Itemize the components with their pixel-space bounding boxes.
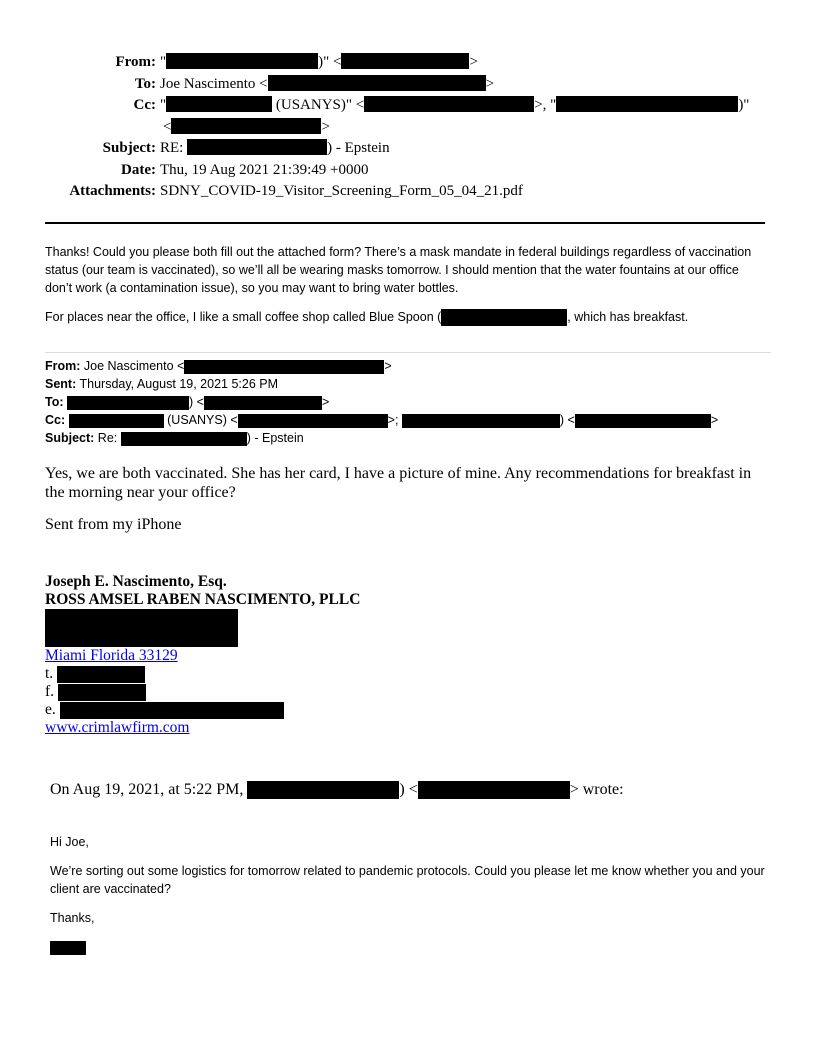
email-row: e. [45, 701, 360, 719]
redaction [45, 609, 238, 647]
cc-cont-prefix: < [163, 119, 171, 135]
signature-block: Joseph E. Nascimento, Esq. ROSS AMSEL RA… [45, 573, 360, 737]
header-subject-row: Subject: RE: ) - Epstein [0, 138, 816, 160]
signature-name: Joseph E. Nascimento, Esq. [45, 573, 360, 591]
header-divider [45, 222, 765, 224]
redaction [187, 139, 327, 155]
cc-separator: >, " [534, 97, 556, 113]
city-row: Miami Florida 33129 [45, 647, 360, 665]
quoted-paragraph: We’re sorting out some logistics for tom… [50, 862, 765, 898]
fwd-sent-row: Sent: Thursday, August 19, 2021 5:26 PM [45, 375, 775, 393]
redaction [247, 781, 399, 799]
redaction [238, 414, 388, 428]
fwd-from-row: From: Joe Nascimento <> [45, 357, 775, 375]
paragraph-prefix: For places near the office, I like a sma… [45, 310, 441, 324]
redaction [364, 96, 534, 112]
attachments-label: Attachments: [0, 181, 160, 203]
forward-separator [45, 352, 771, 353]
quoted-intro-suffix: > wrote: [570, 781, 624, 798]
quoted-sender-row [50, 938, 765, 956]
fax-prefix: f. [45, 683, 54, 701]
redaction [58, 684, 146, 701]
to-suffix: > [486, 76, 494, 92]
redaction [69, 414, 164, 428]
redaction [121, 432, 247, 446]
message-paragraph: For places near the office, I like a sma… [45, 308, 765, 326]
paragraph-suffix: , which has breakfast. [567, 310, 688, 324]
redaction [441, 309, 567, 326]
fwd-cc-row: Cc: (USANYS) <>; ) <> [45, 411, 775, 429]
date-label: Date: [0, 160, 160, 182]
from-mid: )" < [318, 54, 341, 70]
fax-row: f. [45, 683, 360, 701]
email-prefix: e. [45, 701, 56, 719]
phone-row: t. [45, 665, 360, 683]
redaction [204, 396, 322, 410]
fwd-to-row: To: ) <> [45, 393, 775, 411]
header-from-row: From: ")" <> [0, 52, 816, 74]
redaction [171, 118, 321, 134]
date-value: Thu, 19 Aug 2021 21:39:49 +0000 [160, 160, 816, 182]
cc-org: (USANYS)" < [276, 97, 364, 113]
website-link[interactable]: www.crimlawfirm.com [45, 719, 189, 737]
quoted-intro-mid: ) < [399, 781, 417, 798]
email-header: From: ")" <> To: Joe Nascimento <> Cc: "… [0, 52, 816, 203]
fwd-to-mid: ) < [189, 395, 204, 409]
quoted-greeting: Hi Joe, [50, 833, 765, 851]
fwd-sent-label: Sent: [45, 377, 76, 391]
subject-prefix: RE: [160, 140, 183, 156]
fwd-cc-label: Cc: [45, 413, 65, 427]
redaction [418, 781, 570, 799]
message-paragraph: Thanks! Could you please both fill out t… [45, 243, 765, 297]
subject-label: Subject: [0, 138, 160, 160]
quoted-closing: Thanks, [50, 909, 765, 927]
message-body: Thanks! Could you please both fill out t… [45, 243, 765, 337]
reply-body: Yes, we are both vaccinated. She has her… [45, 464, 765, 547]
redaction [341, 53, 469, 69]
fwd-to-label: To: [45, 395, 64, 409]
fwd-to-suffix: > [322, 395, 329, 409]
cc-end: )" [738, 97, 749, 113]
from-label: From: [0, 52, 160, 74]
fwd-subject-label: Subject: [45, 431, 94, 445]
header-attachments-row: Attachments: SDNY_COVID-19_Visitor_Scree… [0, 181, 816, 203]
quoted-intro: On Aug 19, 2021, at 5:22 PM, ) <> wrote: [50, 780, 624, 800]
header-to-row: To: Joe Nascimento <> [0, 74, 816, 96]
fwd-subject-suffix: ) - Epstein [247, 431, 304, 445]
fwd-cc-suffix: > [711, 413, 718, 427]
redaction [57, 666, 145, 683]
fwd-cc-mid: ) < [560, 413, 575, 427]
header-cc-continued: <> [0, 117, 816, 139]
to-name: Joe Nascimento < [160, 76, 268, 92]
subject-suffix: ) - Epstein [327, 140, 389, 156]
signature-firm: ROSS AMSEL RABEN NASCIMENTO, PLLC [45, 591, 360, 609]
quoted-body: Hi Joe, We’re sorting out some logistics… [50, 833, 765, 967]
redaction [575, 414, 711, 428]
quoted-intro-prefix: On Aug 19, 2021, at 5:22 PM, [50, 781, 243, 798]
cc-cont-suffix: > [321, 119, 329, 135]
phone-prefix: t. [45, 665, 53, 683]
fwd-from-value: Joe Nascimento < [84, 359, 184, 373]
redaction [268, 75, 486, 91]
address-row [45, 609, 360, 647]
cc-label: Cc: [0, 95, 160, 117]
redaction [402, 414, 560, 428]
fwd-sent-value: Thursday, August 19, 2021 5:26 PM [80, 377, 279, 391]
attachment-link[interactable]: SDNY_COVID-19_Visitor_Screening_Form_05_… [160, 181, 816, 203]
redaction [166, 53, 318, 69]
website-row: www.crimlawfirm.com [45, 719, 360, 737]
city-link[interactable]: Miami Florida 33129 [45, 647, 178, 665]
redaction [556, 96, 738, 112]
fwd-from-label: From: [45, 359, 80, 373]
sent-from-line: Sent from my iPhone [45, 515, 765, 534]
fwd-cc-sep: >; [388, 413, 399, 427]
reply-paragraph: Yes, we are both vaccinated. She has her… [45, 464, 765, 502]
redaction [184, 360, 384, 374]
forwarded-header: From: Joe Nascimento <> Sent: Thursday, … [45, 357, 775, 447]
redaction [166, 96, 272, 112]
fwd-subject-prefix: Re: [98, 431, 117, 445]
redaction [50, 941, 86, 955]
to-label: To: [0, 74, 160, 96]
fwd-subject-row: Subject: Re: ) - Epstein [45, 429, 775, 447]
fwd-from-suffix: > [384, 359, 391, 373]
redaction [60, 702, 284, 719]
header-cc-row: Cc: " (USANYS)" <>, ")" [0, 95, 816, 117]
redaction [67, 396, 189, 410]
fwd-cc-org: (USANYS) < [167, 413, 238, 427]
from-suffix: > [469, 54, 477, 70]
header-date-row: Date: Thu, 19 Aug 2021 21:39:49 +0000 [0, 160, 816, 182]
